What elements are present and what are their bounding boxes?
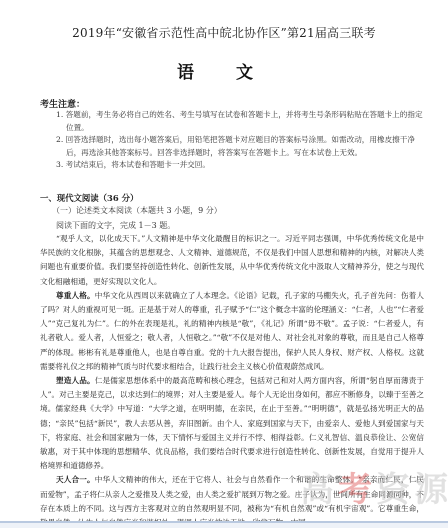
reading-instruction: 阅读下面的文字，完成 1－3 题。 — [56, 220, 175, 231]
paragraph-lead: 塑造人品。 — [56, 376, 95, 385]
watermark-text: 资源网 — [376, 470, 448, 510]
paragraph-lead: 尊重人格。 — [56, 291, 95, 300]
notice-list: 1. 答题前，考生务必将自己的姓名、考生号填写在试卷和答题卡上，并将考生号条形码… — [56, 109, 424, 172]
watermark-text: 高 — [300, 470, 338, 510]
notice-item: 1. 答题前，考生务必将自己的姓名、考生号填写在试卷和答题卡上，并将考生号条形码… — [56, 109, 424, 134]
notice-item: 2. 回答选择题时，选出每小题答案后，用铅笔把答题卡对应题目的答案标号涂黑。如需… — [56, 134, 424, 159]
paragraph-text: 中华文化从西周以来就确立了人本理念。《论语》记载，孔子家的马棚失火，孔子首先问：… — [40, 291, 424, 371]
watermark-accent: 考 — [338, 470, 376, 510]
exam-title: 2019年“安徽省示范性高中皖北协作区”第21届高三联考 — [0, 24, 448, 41]
paragraph-text: “观乎人文，以化成天下。”人文精神是中华文化最醒目的标识之一。习近平同志强调，中… — [40, 234, 424, 286]
passage-paragraph: 尊重人格。中华文化从西周以来就确立了人本理念。《论语》记载，孔子家的马棚失火，孔… — [40, 289, 424, 374]
section-heading: 一、现代文阅读（36 分） — [40, 192, 138, 204]
subject-title: 语 文 — [0, 58, 448, 83]
paragraph-lead: 天人合一。 — [56, 475, 95, 484]
page-bottom-edge — [0, 523, 448, 528]
passage-paragraph: “观乎人文，以化成天下。”人文精神是中华文化最醒目的标识之一。习近平同志强调，中… — [40, 232, 424, 289]
section-subheading: （一）论述类文本阅读（本题共 3 小题，9 分） — [52, 205, 222, 216]
exam-page: 2019年“安徽省示范性高中皖北协作区”第21届高三联考 语 文 考生注意： 1… — [0, 0, 448, 528]
paragraph-text: 仁是儒家思想体系中的最高范畴和核心理念，包括对己和对人两方面内容，所谓“躬自厚而… — [40, 376, 424, 470]
notice-item: 3. 考试结束后，将本试卷和答题卡一并交回。 — [56, 159, 424, 172]
passage-paragraph: 塑造人品。仁是儒家思想体系中的最高范畴和核心理念，包括对己和对人两方面内容，所谓… — [40, 374, 424, 473]
watermark: 高考资源网 — [300, 462, 448, 508]
